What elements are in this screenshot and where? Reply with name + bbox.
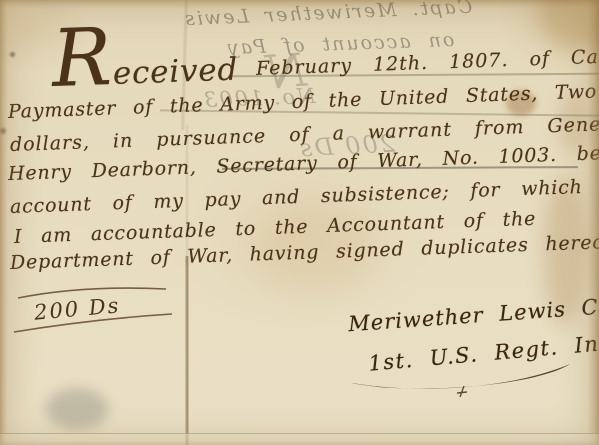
paper-edge-left [0, 0, 8, 445]
fold-crease-vertical-bottom [185, 256, 189, 445]
paper-edge-top [0, 0, 599, 9]
amount-figure: 200 Ds [33, 293, 121, 324]
signature-unit: 1st. U.S. Regt. Infty. [367, 328, 599, 375]
ink-speck-2 [0, 128, 6, 134]
ink-speck-1 [10, 52, 15, 57]
paper-bottom-fold-band [0, 433, 599, 445]
receipt-line-1: Received February 12th. 1807. of Caleb S… [51, 3, 599, 94]
manuscript-photo: Capt. Meriwether Lewis on account of Pay… [0, 0, 599, 445]
receipt-line-1-date: February 12th. 1807. of Caleb Swan [256, 42, 599, 80]
smudge-bottom-left [46, 388, 108, 430]
opening-word-received: Received [51, 20, 239, 94]
signature-name: Meriwether Lewis Capt. [348, 292, 599, 337]
